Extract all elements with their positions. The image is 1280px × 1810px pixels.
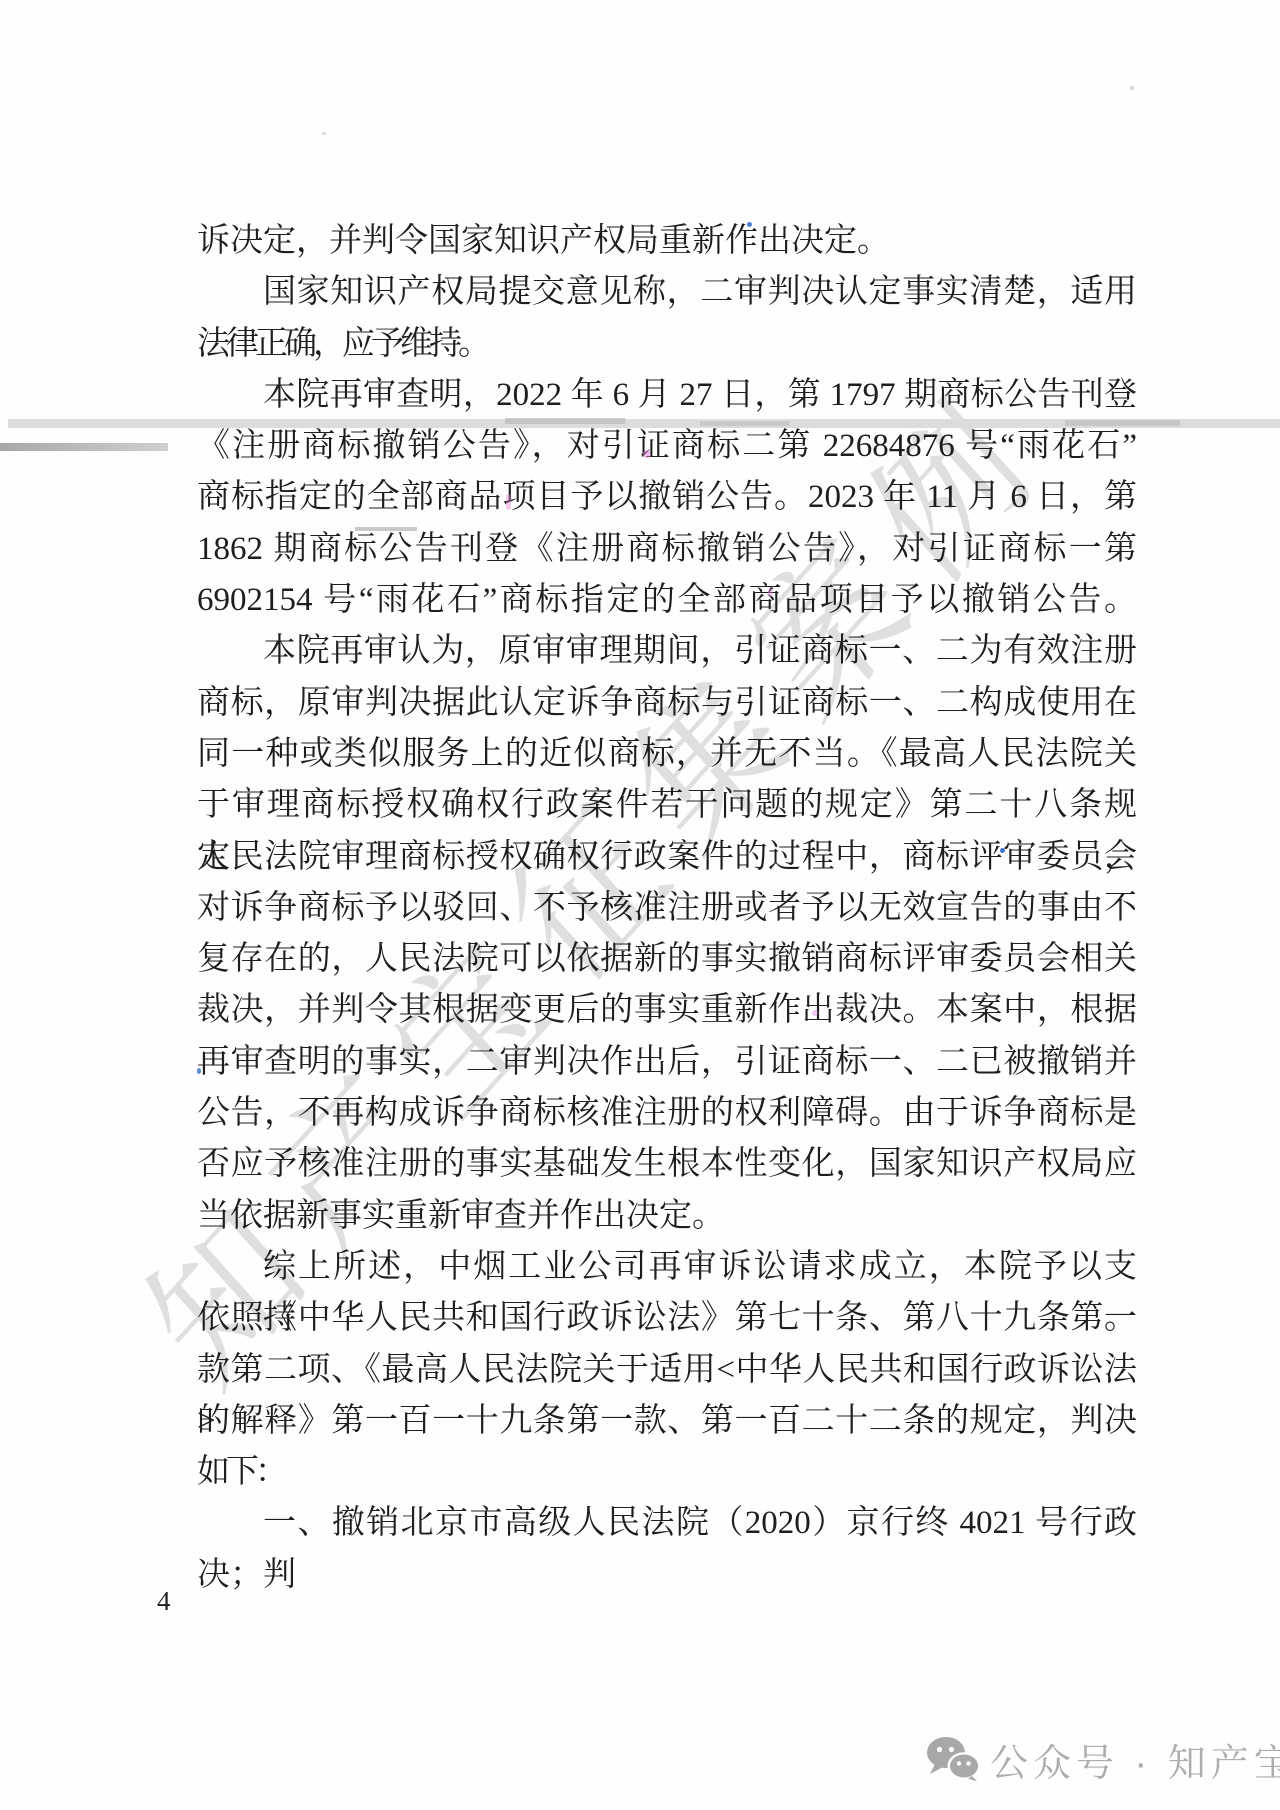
document-line: 于审理商标授权确权行政案件若干问题的规定》第二十八条规定， [197,780,1137,831]
document-lines: 诉决定，并判令国家知识产权局重新作出决定。国家知识产权局提交意见称，二审判决认定… [197,216,1137,1601]
ink-speck [1130,86,1134,90]
footer-brand: 公众号 · 知产宝 [926,1734,1280,1784]
wechat-icon [926,1736,980,1782]
scanned-judgment-page: 知产宝征集案例 诉决定，并判令国家知识产权局重新作出决定。国家知识产权局提交意见… [0,0,1280,1810]
document-line: 裁决，并判令其根据变更后的事实重新作出裁决。本案中，根据 [197,985,1137,1036]
page-number: 4 [157,1586,171,1617]
document-line: 对诉争商标予以驳回、不予核准注册或者予以无效宣告的事由不 [197,883,1137,934]
document-line: 如下： [197,1447,1137,1498]
document-line: 复存在的，人民法院可以依据新的事实撤销商标评审委员会相关 [197,934,1137,985]
scan-artifact-segment [0,443,168,451]
document-line: 商标指定的全部商品项目予以撤销公告。2023 年 11 月 6 日，第 [197,472,1137,523]
ink-speck [322,132,326,135]
document-line: 再审查明的事实，二审判决作出后，引证商标一、二已被撤销并 [197,1037,1137,1088]
document-line: 同一种或类似服务上的近似商标，并无不当。《最高人民法院关 [197,729,1137,780]
document-line: 依照《中华人民共和国行政诉讼法》第七十条、第八十九条第一 [197,1293,1137,1344]
document-line: 款第二项、《最高人民法院关于适用<中华人民共和国行政诉讼法> [197,1345,1137,1396]
document-line: 综上所述，中烟工业公司再审诉讼请求成立，本院予以支持。 [197,1242,1137,1293]
document-line: 公告，不再构成诉争商标核准注册的权利障碍。由于诉争商标是 [197,1088,1137,1139]
footer-label: 公众号 · 知产宝 [990,1732,1280,1787]
document-line: 人民法院审理商标授权确权行政案件的过程中，商标评审委员会 [197,832,1137,883]
document-line: 一、撤销北京市高级人民法院（2020）京行终 4021 号行政判 [197,1498,1137,1549]
document-line: 当依据新事实重新审查并作出决定。 [197,1191,1137,1242]
document-line: 本院再审查明，2022 年 6 月 27 日，第 1797 期商标公告刊登 [197,370,1137,421]
document-line: 诉决定，并判令国家知识产权局重新作出决定。 [197,216,1137,267]
document-line: 的解释》第一百一十九条第一款、第一百二十二条的规定，判决 [197,1396,1137,1447]
document-line: 1862 期商标公告刊登《注册商标撤销公告》，对引证商标一第 [197,524,1137,575]
document-line: 6902154 号“雨花石”商标指定的全部商品项目予以撤销公告。 [197,575,1137,626]
document-line: 《注册商标撤销公告》，对引证商标二第 22684876 号“雨花石” [197,421,1137,472]
document-line: 决； [197,1550,1137,1601]
document-line: 本院再审认为，原审审理期间，引证商标一、二为有效注册 [197,626,1137,677]
document-line: 国家知识产权局提交意见称，二审判决认定事实清楚，适用 [197,267,1137,318]
document-line: 否应予核准注册的事实基础发生根本性变化，国家知识产权局应 [197,1139,1137,1190]
document-line: 商标，原审判决据此认定诉争商标与引证商标一、二构成使用在 [197,678,1137,729]
document-line: 法律正确，应予维持。 [197,319,1137,370]
